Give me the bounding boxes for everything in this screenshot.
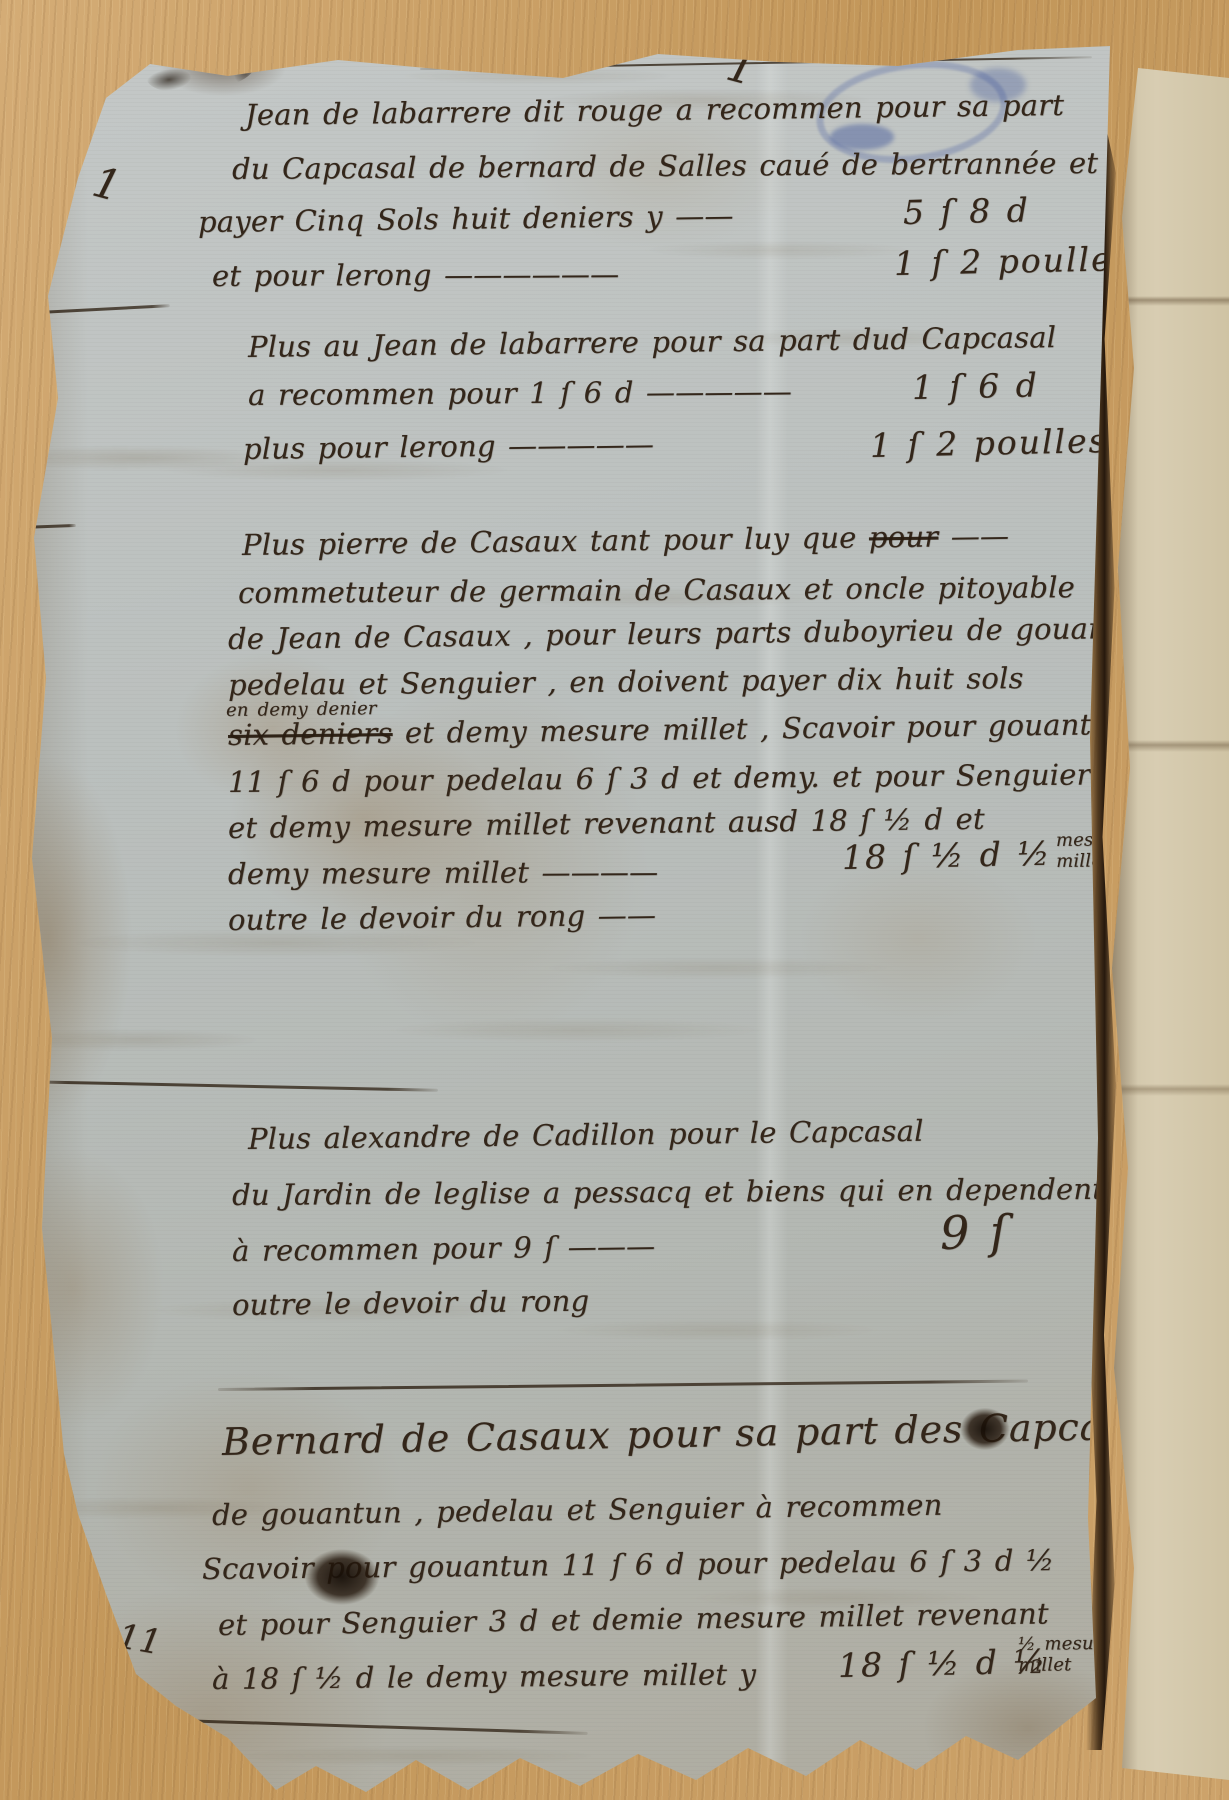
amount: 1 ſ 2 poulles <box>894 239 1132 283</box>
amount: 5 ſ 8 d <box>903 190 1031 232</box>
separator-stroke <box>18 1080 438 1092</box>
amount: 1 ſ 2 poulles <box>870 421 1108 465</box>
entry-line: à 18 ſ ½ d le demy mesure millet y <box>212 1657 756 1696</box>
desk-photo: 1 1 Jean de labarrere dit rouge a recomm… <box>0 0 1229 1800</box>
entry-line: Bernard de Casaux pour sa part des Capca… <box>222 1403 1181 1464</box>
entry-line: du Capcasal de bernard de Salles caué de… <box>232 145 1169 186</box>
ink-blot <box>956 1404 1014 1454</box>
strikethrough-word: pour <box>869 519 939 554</box>
ink-blot <box>298 1544 386 1610</box>
entry-line: pedelau et Senguier , en doivent payer d… <box>228 661 1024 702</box>
entry-line: à recommen pour 9 ſ ——— <box>232 1229 656 1268</box>
amount: 9 ſ <box>939 1205 1009 1260</box>
margin-note-line: millet <box>1056 850 1125 872</box>
entry-line: et pour lerong —————— <box>212 257 619 293</box>
margin-number-mark: 11 <box>115 1616 165 1663</box>
entry-line: a recommen pour 1 ſ 6 d ————— <box>248 374 792 412</box>
amount: 1 ſ 6 d <box>912 365 1040 407</box>
stamp-ink-blob <box>830 124 894 150</box>
separator-stroke <box>218 1380 1028 1391</box>
margin-note-line: mesure <box>1056 829 1125 851</box>
entry-line: plus pour lerong ————— <box>243 427 654 466</box>
entry-line: commetuteur de germain de Casaux et oncl… <box>238 570 1075 610</box>
entry-line: Plus pierre de Casaux tant pour luy que … <box>242 519 1010 562</box>
entry-line: outre le devoir du rong <box>232 1284 590 1322</box>
separator-stroke <box>18 1714 588 1735</box>
ink-smudge <box>144 43 259 100</box>
manuscript-page: 1 1 Jean de labarrere dit rouge a recomm… <box>18 38 1110 1800</box>
entry-line-text: Plus pierre de Casaux tant pour luy que <box>242 520 869 562</box>
folio-number: 1 <box>88 157 127 211</box>
entry-line: payer Cinq Sols huit deniers y —— <box>198 198 734 239</box>
entry-line: de gouantun , pedelau et Senguier à reco… <box>212 1488 943 1532</box>
entry-line-text: —— <box>938 519 1009 554</box>
entry-line: Plus au Jean de labarrere pour sa part d… <box>248 320 1057 364</box>
separator-stroke <box>18 524 76 529</box>
amount: 18 ſ ½ d ½ <box>838 1642 1048 1685</box>
adjacent-page-edge <box>1108 68 1229 1780</box>
entry-line: de Jean de Casaux , pour leurs parts dub… <box>228 611 1157 656</box>
entry-line-text: et demy mesure millet , Scavoir pour gou… <box>392 707 1129 750</box>
strikethrough-word: six deniers <box>228 716 393 752</box>
margin-note: mesure millet <box>1056 829 1126 872</box>
separator-stroke <box>20 304 170 315</box>
entry-line: demy mesure millet ———— <box>228 855 658 891</box>
entry-line: Plus alexandre de Cadillon pour le Capca… <box>248 1114 924 1156</box>
page-number-mark: 1 <box>722 41 761 95</box>
entry-line: 11 ſ 6 d pour pedelau 6 ſ 3 d et demy. e… <box>228 757 1153 799</box>
entry-line: outre le devoir du rong —— <box>228 898 656 937</box>
amount: 18 ſ ½ d ½ <box>842 834 1052 877</box>
